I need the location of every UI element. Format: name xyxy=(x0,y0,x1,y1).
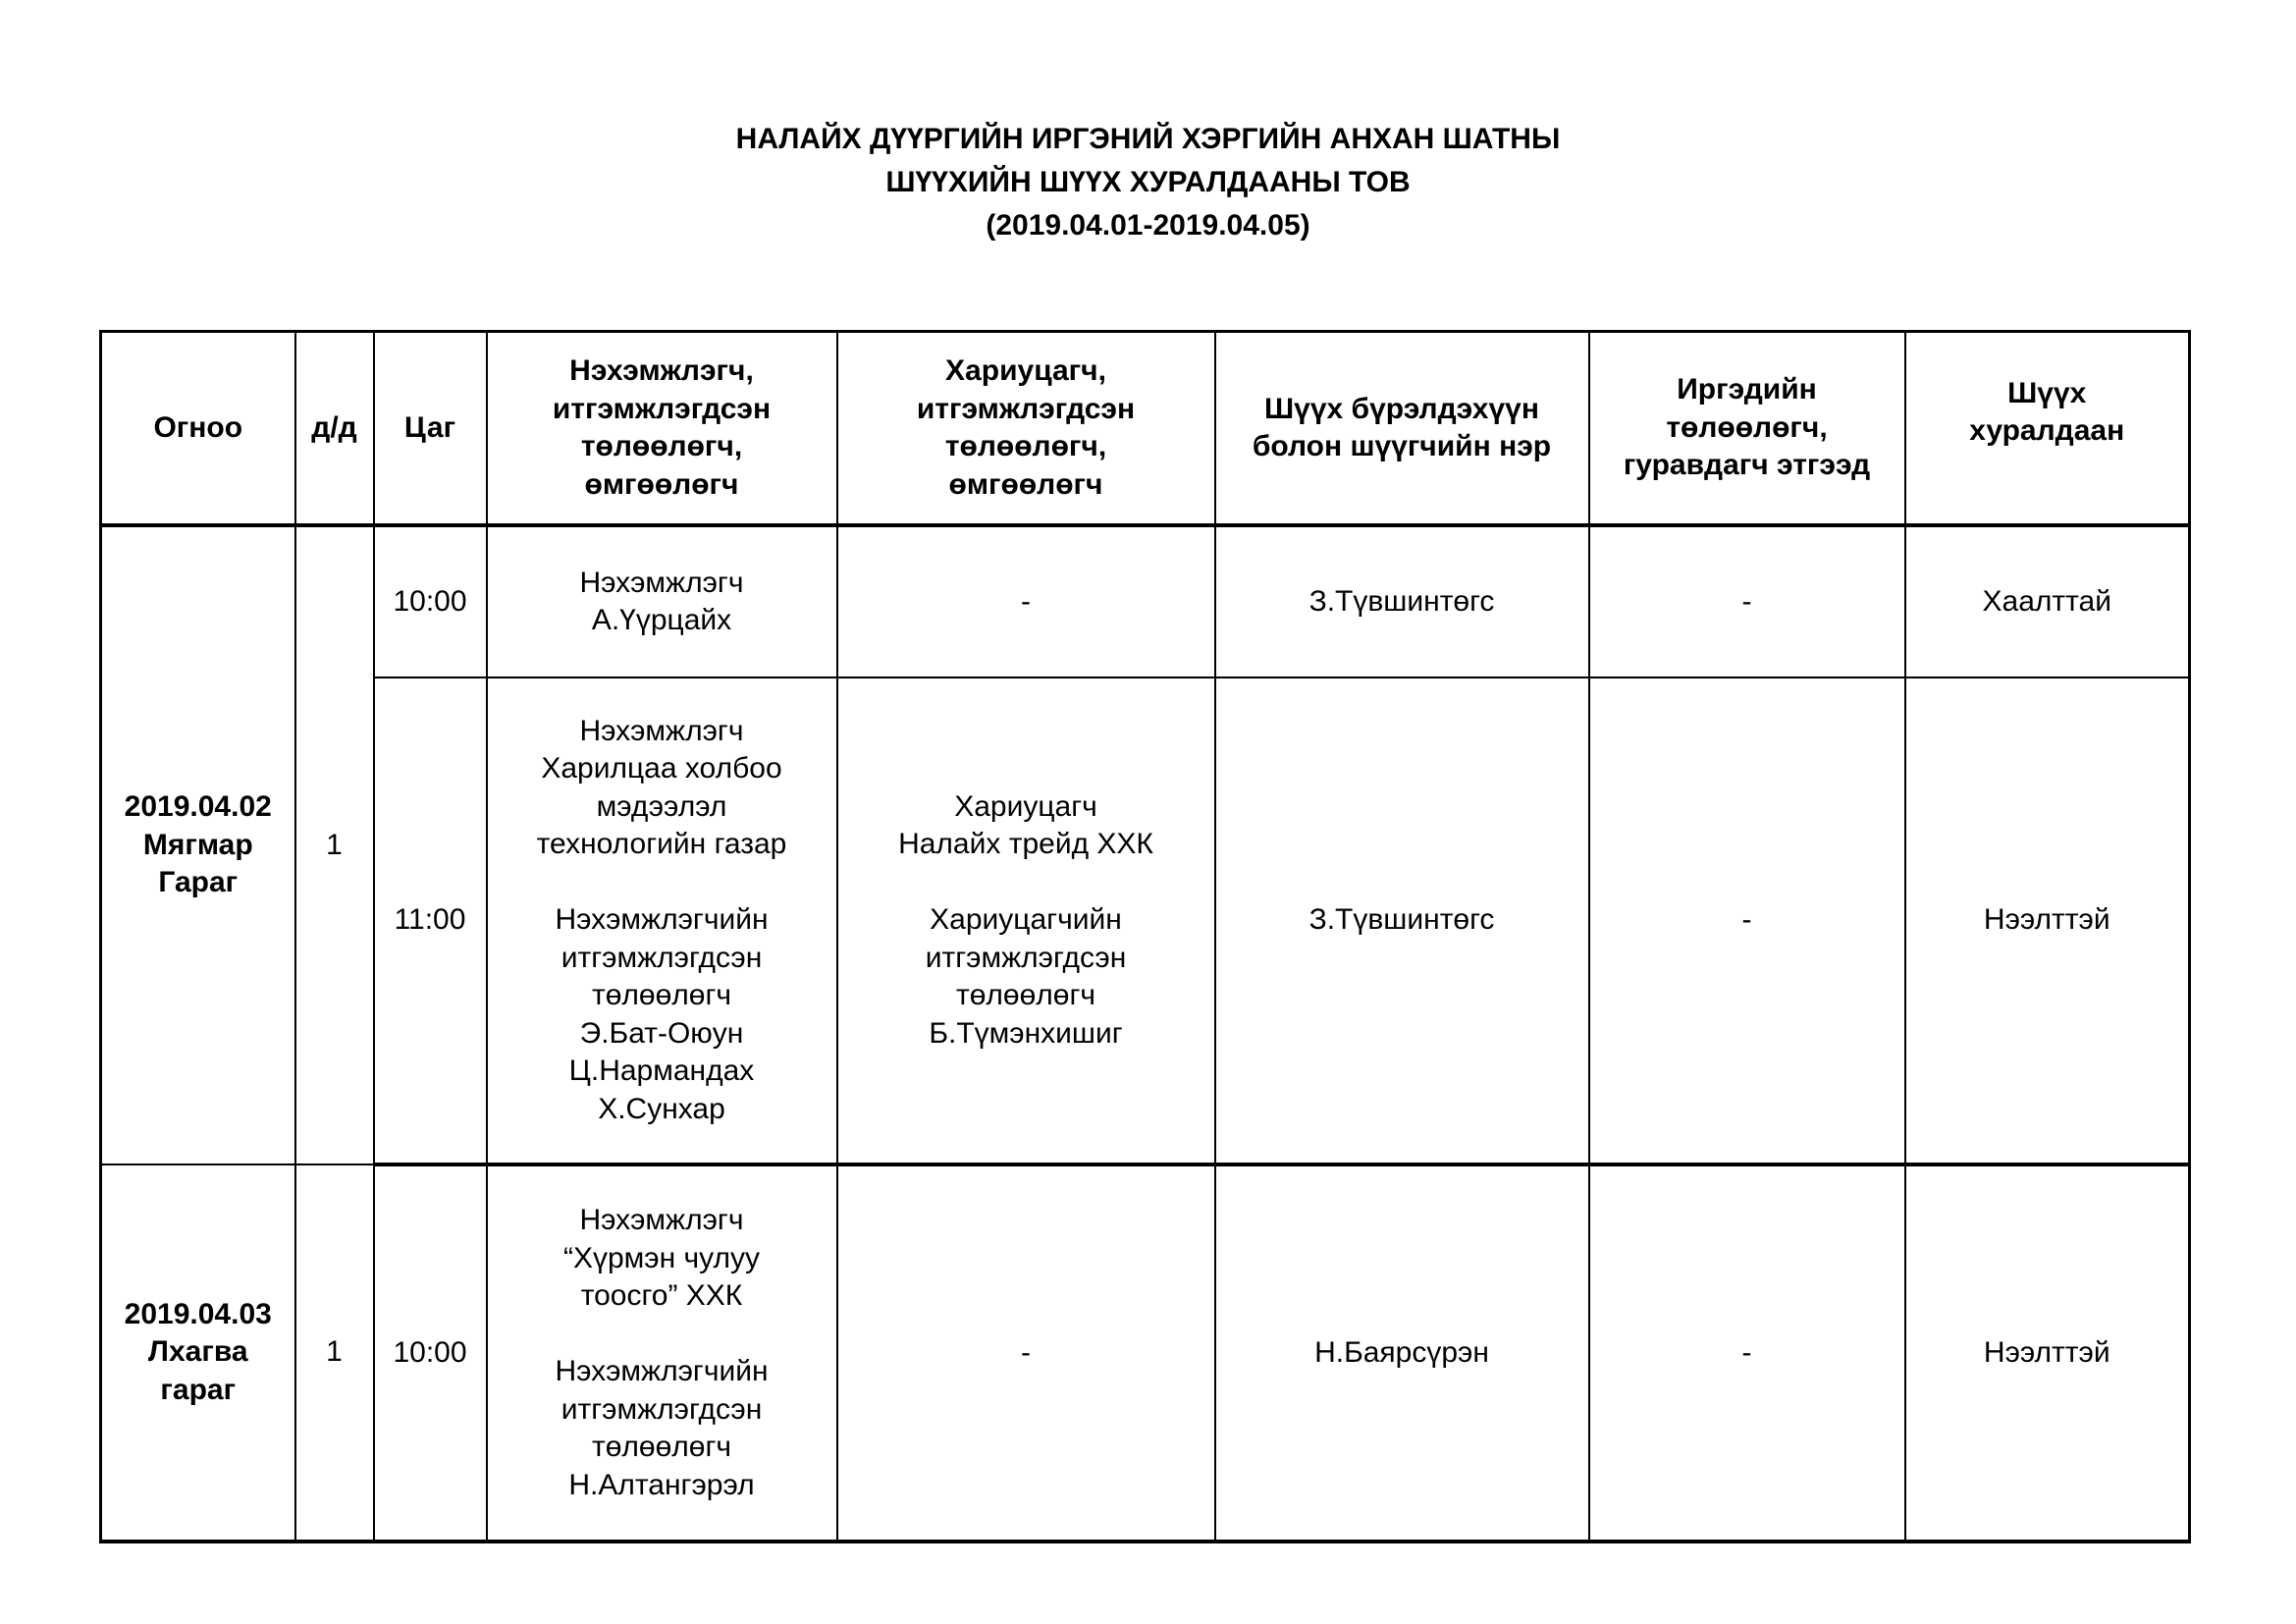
date-cell: 2019.04.02МягмарГараг xyxy=(101,525,295,1164)
block-gap xyxy=(844,864,1208,902)
text-line: тоосго” ХХК xyxy=(494,1277,830,1316)
text-line: Шүүх бүрэлдэхүүн xyxy=(1222,391,1582,429)
number-cell: 1 xyxy=(295,525,374,1164)
text-line: итгэмжлэгдсэн xyxy=(844,391,1208,429)
text-line: - xyxy=(844,583,1208,622)
text-line: төлөөлөгч xyxy=(494,977,830,1015)
text-line: төлөөлөгч, xyxy=(494,428,830,466)
hearing-type-cell: Нээлттэй xyxy=(1905,677,2190,1164)
text-line: Хариуцагч, xyxy=(844,352,1208,391)
text-line: Нэхэмжлэгчийн xyxy=(494,901,830,940)
judge-cell: З.Түвшинтөгс xyxy=(1215,525,1589,677)
header-row: Огноо д/д Цаг Нэхэмжлэгч,итгэмжлэгдсэнтө… xyxy=(101,332,2190,526)
text-line: 2019.04.02 xyxy=(108,788,289,827)
citizen-rep-cell: - xyxy=(1589,1164,1905,1542)
text-line: Нэхэмжлэгч xyxy=(494,1202,830,1240)
text-line: Налайх трейд ХХК xyxy=(844,826,1208,864)
number-cell: 1 xyxy=(295,1164,374,1542)
header-date: Огноо xyxy=(101,332,295,526)
text-line: төлөөлөгч xyxy=(844,977,1208,1015)
header-defendant: Хариуцагч,итгэмжлэгдсэнтөлөөлөгч,өмгөөлө… xyxy=(837,332,1215,526)
text-line: Шүүх xyxy=(1912,375,2183,413)
text-line: Хариуцагчийн xyxy=(844,901,1208,940)
text-line: итгэмжлэгдсэн xyxy=(494,1391,830,1430)
table-row: 11:00 НэхэмжлэгчХарилцаа холбоомэдээлэлт… xyxy=(101,677,2190,1164)
text-line: 2019.04.03 xyxy=(108,1296,289,1334)
text-line: Нэхэмжлэгч xyxy=(494,565,830,603)
plaintiff-cell: НэхэмжлэгчХарилцаа холбоомэдээлэлтехноло… xyxy=(487,677,837,1164)
text-line: Гараг xyxy=(108,864,289,902)
text-line: “Хүрмэн чулуу xyxy=(494,1240,830,1278)
text-line: төлөөлөгч xyxy=(494,1429,830,1467)
text-line: өмгөөлөгч xyxy=(844,466,1208,505)
text-line: төлөөлөгч, xyxy=(844,428,1208,466)
text-line: Хариуцагч xyxy=(844,788,1208,827)
text-line: - xyxy=(844,1334,1208,1373)
plaintiff-cell: Нэхэмжлэгч“Хүрмэн чулуутоосго” ХХКНэхэмж… xyxy=(487,1164,837,1542)
time-cell: 10:00 xyxy=(374,525,487,677)
document-title: НАЛАЙХ ДҮҮРГИЙН ИРГЭНИЙ ХЭРГИЙН АНХАН ША… xyxy=(0,118,2296,247)
text-line: болон шүүгчийн нэр xyxy=(1222,428,1582,466)
header-citizen-rep: Иргэдийнтөлөөлөгч,гуравдагч этгээд xyxy=(1589,332,1905,526)
text-line: Х.Сунхар xyxy=(494,1091,830,1129)
text-line: өмгөөлөгч xyxy=(494,466,830,505)
text-line: мэдээлэл xyxy=(494,788,830,827)
text-line: Нэхэмжлэгч, xyxy=(494,352,830,391)
text-line: Ц.Нармандах xyxy=(494,1053,830,1091)
text-line: Лхагва xyxy=(108,1333,289,1372)
citizen-rep-cell: - xyxy=(1589,525,1905,677)
text-line: технологийн газар xyxy=(494,826,830,864)
defendant-cell: - xyxy=(837,525,1215,677)
judge-cell: З.Түвшинтөгс xyxy=(1215,677,1589,1164)
time-cell: 11:00 xyxy=(374,677,487,1164)
table-row: 2019.04.02МягмарГараг 1 10:00 Нэхэмжлэгч… xyxy=(101,525,2190,677)
defendant-cell: ХариуцагчНалайх трейд ХХКХариуцагчийнитг… xyxy=(837,677,1215,1164)
text-line: Иргэдийн xyxy=(1596,371,1898,409)
hearing-type-cell: Нээлттэй xyxy=(1905,1164,2190,1542)
text-line: гуравдагч этгээд xyxy=(1596,447,1898,485)
title-line-2: ШҮҮХИЙН ШҮҮХ ХУРАЛДААНЫ ТОВ xyxy=(0,161,2296,204)
hearing-type-cell: Хаалттай xyxy=(1905,525,2190,677)
text-line: итгэмжлэгдсэн xyxy=(494,391,830,429)
text-line: Н.Алтангэрэл xyxy=(494,1467,830,1505)
text-line: Э.Бат-Оюун xyxy=(494,1015,830,1054)
time-cell: 10:00 xyxy=(374,1164,487,1542)
title-line-1: НАЛАЙХ ДҮҮРГИЙН ИРГЭНИЙ ХЭРГИЙН АНХАН ША… xyxy=(0,118,2296,161)
header-hearing: Шүүххуралдаан xyxy=(1905,332,2190,526)
header-number: д/д xyxy=(295,332,374,526)
text-line: итгэмжлэгдсэн xyxy=(494,940,830,978)
text-line: Нэхэмжлэгчийн xyxy=(494,1353,830,1391)
text-line: Мягмар xyxy=(108,827,289,865)
hearing-schedule-table: Огноо д/д Цаг Нэхэмжлэгч,итгэмжлэгдсэнтө… xyxy=(99,330,2191,1543)
defendant-cell: - xyxy=(837,1164,1215,1542)
table-row: 2019.04.03Лхагвагараг 1 10:00 Нэхэмжлэгч… xyxy=(101,1164,2190,1542)
date-cell: 2019.04.03Лхагвагараг xyxy=(101,1164,295,1542)
text-line: хуралдаан xyxy=(1912,412,2183,451)
citizen-rep-cell: - xyxy=(1589,677,1905,1164)
title-date-range: (2019.04.01-2019.04.05) xyxy=(0,204,2296,247)
text-line: Харилцаа холбоо xyxy=(494,750,830,788)
text-line: Б.Түмэнхишиг xyxy=(844,1015,1208,1054)
text-line: төлөөлөгч, xyxy=(1596,409,1898,448)
judge-cell: Н.Баярсүрэн xyxy=(1215,1164,1589,1542)
block-gap xyxy=(494,1316,830,1354)
text-line: итгэмжлэгдсэн xyxy=(844,940,1208,978)
header-judge: Шүүх бүрэлдэхүүнболон шүүгчийн нэр xyxy=(1215,332,1589,526)
header-plaintiff: Нэхэмжлэгч,итгэмжлэгдсэнтөлөөлөгч,өмгөөл… xyxy=(487,332,837,526)
plaintiff-cell: НэхэмжлэгчА.Үүрцайх xyxy=(487,525,837,677)
header-time: Цаг xyxy=(374,332,487,526)
text-line: гараг xyxy=(108,1372,289,1410)
block-gap xyxy=(494,864,830,902)
text-line: Нэхэмжлэгч xyxy=(494,713,830,751)
text-line: А.Үүрцайх xyxy=(494,602,830,640)
